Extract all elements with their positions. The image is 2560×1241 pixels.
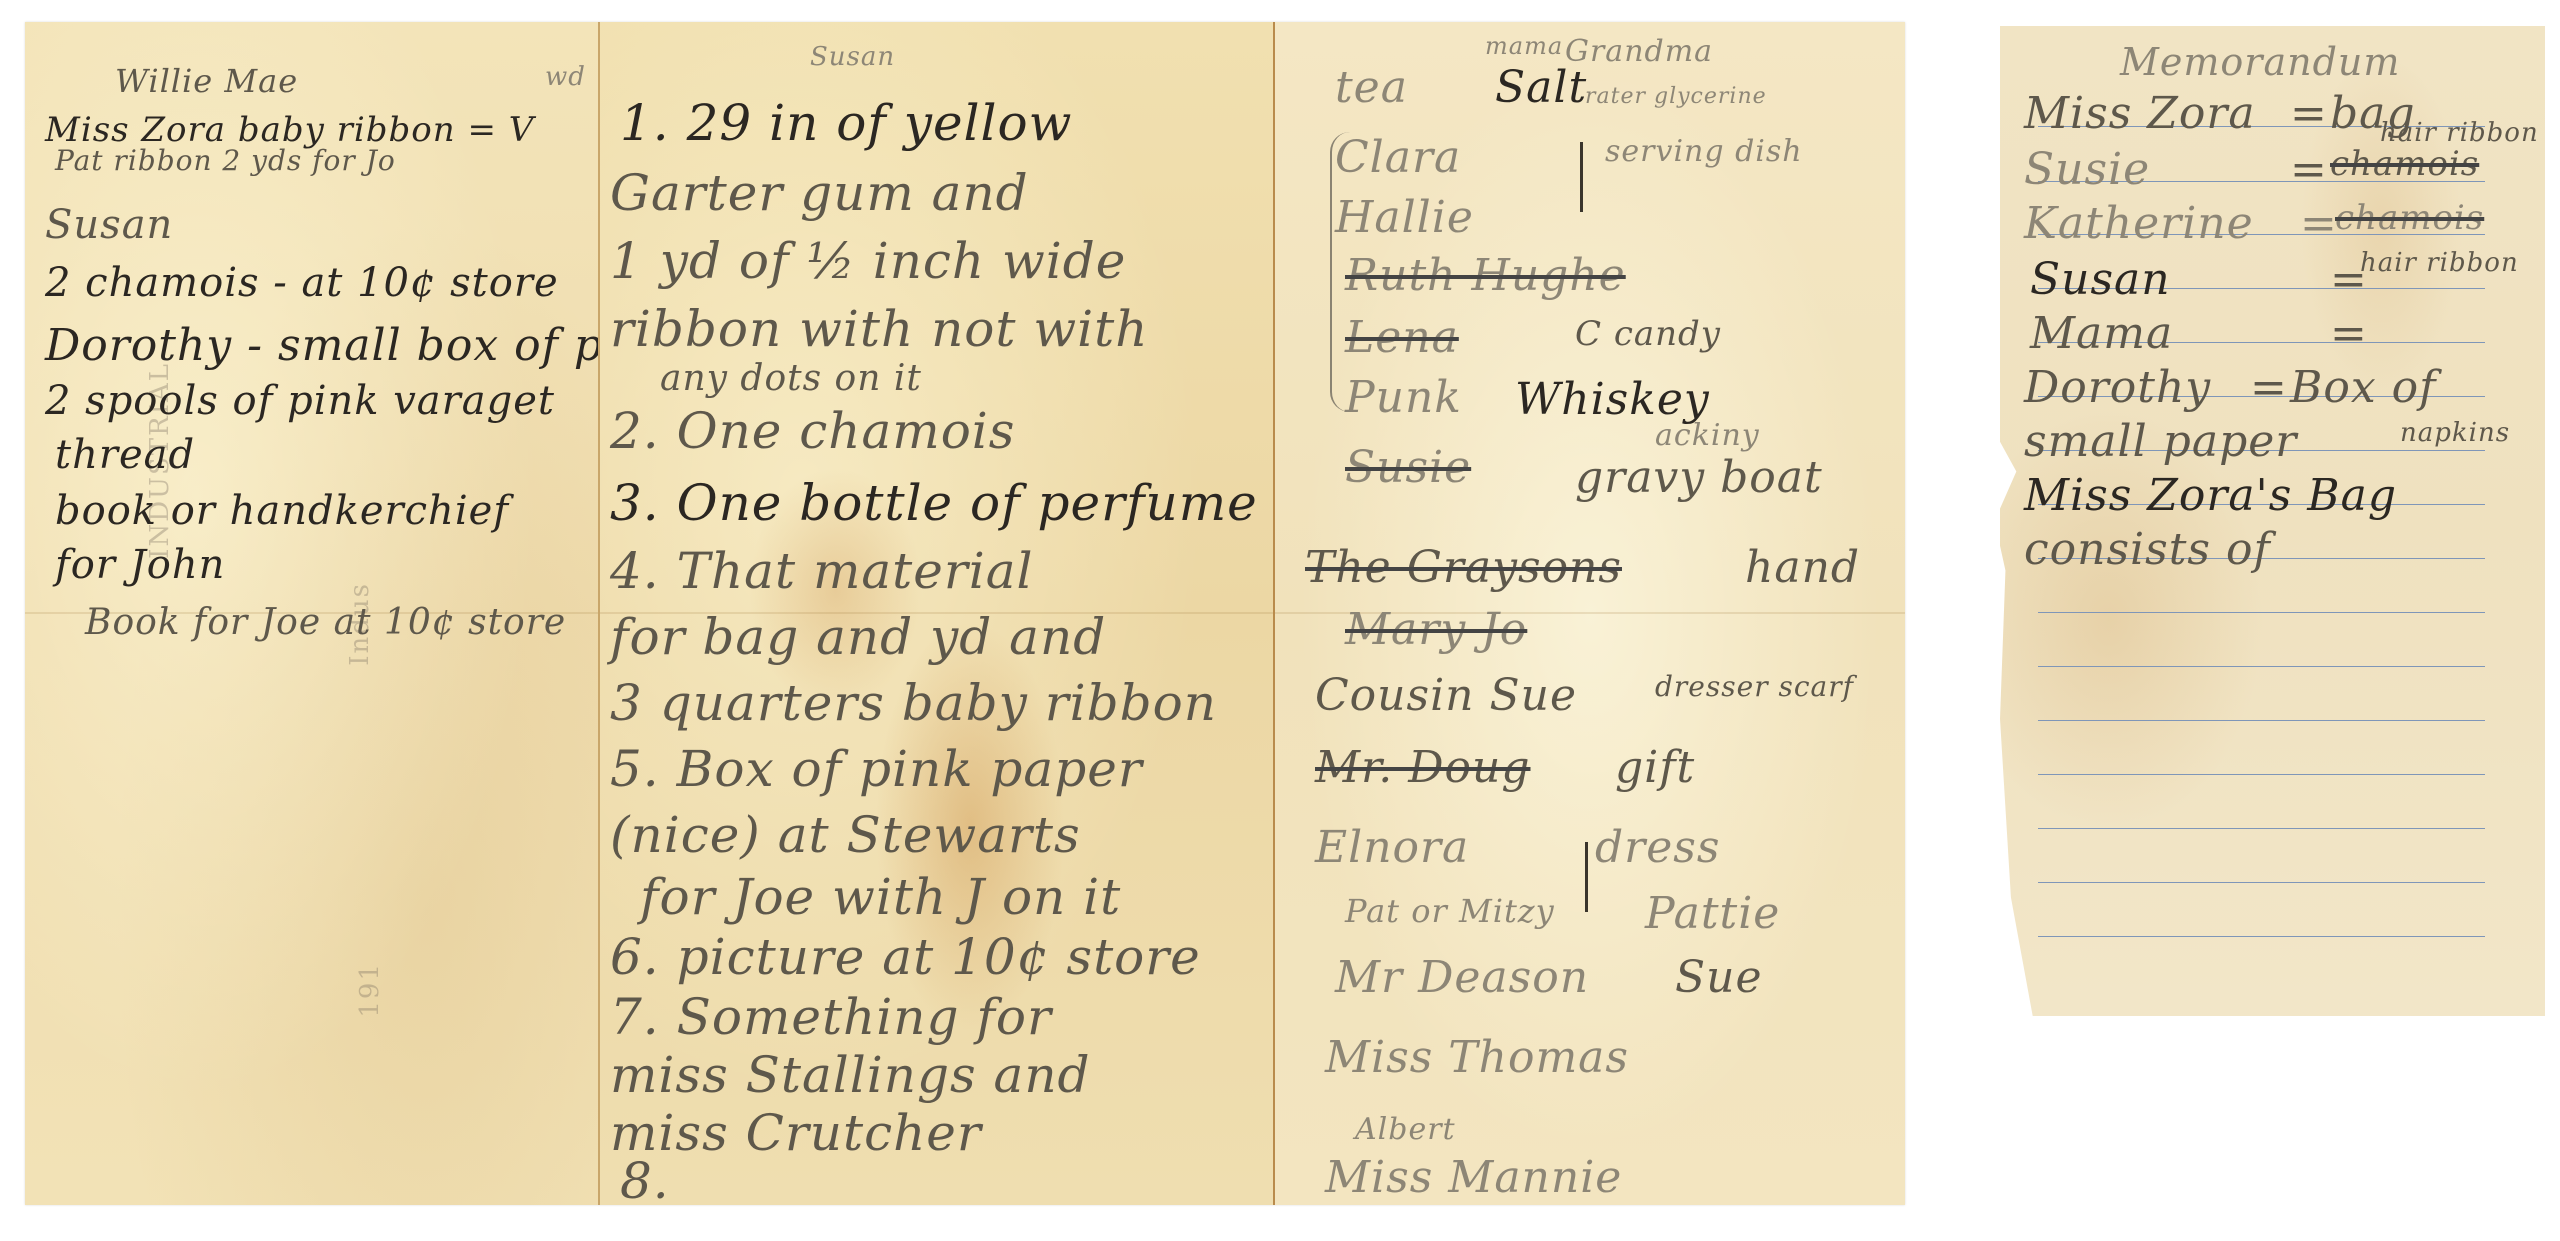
- list-line: Book for Joe at 10¢ store: [85, 602, 566, 643]
- corner-note: wd: [545, 62, 586, 92]
- ruled-line: [2038, 666, 2485, 667]
- memo-name: Susan: [2030, 254, 2171, 305]
- list-item: for Joe with J on it: [640, 868, 1121, 926]
- memo-name: Mama: [2030, 308, 2173, 359]
- ruled-line: [2038, 936, 2485, 937]
- name-entry: Mary Jo: [1345, 604, 1527, 655]
- gift-entry: dress: [1595, 822, 1720, 873]
- memo-gift: Box of: [2290, 362, 2436, 413]
- name-entry: The Graysons: [1305, 542, 1622, 593]
- memo-gift: chamois: [2335, 198, 2484, 238]
- memo-sep: =: [2290, 144, 2328, 195]
- list-item: 1. 29 in of yellow: [620, 94, 1072, 152]
- list-item: for bag and yd and: [610, 608, 1106, 666]
- memo-sep: =: [2330, 308, 2368, 359]
- name-entry: Albert: [1355, 1112, 1456, 1147]
- name-entry: Cousin Sue: [1315, 670, 1577, 721]
- divider-mark: [1585, 842, 1588, 912]
- name-entry: Punk: [1345, 372, 1462, 423]
- top-note: Grandma: [1565, 34, 1713, 69]
- memo-name: Susie: [2024, 144, 2150, 195]
- gift-note: ackiny: [1655, 418, 1760, 453]
- list-item: any dots on it: [660, 358, 922, 399]
- list-item: 6. picture at 10¢ store: [610, 928, 1201, 986]
- panel-heading: Susan: [810, 42, 895, 72]
- name-entry: Ruth Hughe: [1345, 250, 1626, 301]
- list-item: 4. That material: [610, 542, 1034, 600]
- top-note: tea: [1335, 62, 1408, 113]
- top-note: Salt: [1495, 62, 1587, 113]
- memo-gift: hair ribbon: [2360, 248, 2519, 278]
- folded-list-sheet: INDUSTRIAL Indus 191 Willie Mae wd Miss …: [25, 22, 1905, 1205]
- list-line: Pat ribbon 2 yds for Jo: [55, 144, 396, 177]
- list-line: Dorothy - small box of paper: [45, 320, 600, 371]
- ruled-line: [2038, 882, 2485, 883]
- name-entry: Clara: [1335, 132, 1461, 183]
- memo-sep: =: [2300, 198, 2338, 249]
- gift-entry: gravy boat: [1575, 452, 1823, 503]
- name-entry: Miss Thomas: [1325, 1032, 1629, 1083]
- name-entry: Lena: [1345, 312, 1459, 363]
- name-entry: Pat or Mitzy: [1345, 892, 1555, 930]
- panel-willie-mae: INDUSTRIAL Indus 191 Willie Mae wd Miss …: [25, 22, 600, 1205]
- ruled-line: [2038, 828, 2485, 829]
- memo-heading: Memorandum: [2120, 40, 2400, 84]
- list-line: 2 chamois - at 10¢ store: [45, 260, 559, 306]
- list-item: 8.: [620, 1152, 670, 1205]
- memo-sep: =: [2250, 362, 2288, 413]
- list-line: thread: [55, 432, 195, 478]
- gift-entry: serving dish: [1605, 134, 1803, 169]
- memo-name: Miss Zora's Bag: [2024, 470, 2397, 521]
- top-note: rater glycerine: [1585, 84, 1767, 109]
- gift-entry: gift: [1615, 742, 1695, 793]
- top-note: mama: [1485, 32, 1563, 60]
- list-line: for John: [55, 542, 225, 588]
- memo-note: hair ribbon: [2380, 118, 2539, 148]
- name-entry: Hallie: [1335, 192, 1474, 243]
- ruled-line: [2038, 720, 2485, 721]
- list-item: 3 quarters baby ribbon: [610, 674, 1217, 732]
- name-entry: Elnora: [1315, 822, 1469, 873]
- list-line: Susan: [45, 202, 173, 248]
- gift-entry: dresser scarf: [1655, 670, 1854, 703]
- list-item: 1 yd of ½ inch wide: [610, 232, 1126, 290]
- list-line: book or handkerchief: [55, 488, 509, 534]
- gift-entry: Sue: [1675, 952, 1763, 1003]
- list-item: 5. Box of pink paper: [610, 740, 1143, 798]
- bleed-through-text: 191: [355, 962, 385, 1018]
- panel-heading: Willie Mae: [115, 62, 298, 100]
- list-item: ribbon with not with: [610, 300, 1148, 358]
- name-entry: Mr Deason: [1335, 952, 1589, 1003]
- divider-mark: [1580, 142, 1583, 212]
- gift-entry: Pattie: [1645, 888, 1780, 939]
- panel-susan-list: Susan 1. 29 in of yellow Garter gum and …: [600, 22, 1275, 1205]
- memo-name: Dorothy: [2024, 362, 2211, 413]
- list-item: miss Stallings and: [610, 1046, 1091, 1104]
- memo-name: Miss Zora: [2024, 88, 2256, 139]
- memo-name: small paper: [2024, 416, 2297, 467]
- gift-entry: hand: [1745, 542, 1860, 593]
- list-item: Garter gum and: [610, 164, 1029, 222]
- name-entry: Mr. Doug: [1315, 742, 1531, 793]
- memo-sep: =: [2290, 88, 2328, 139]
- memo-name: consists of: [2024, 524, 2271, 575]
- list-item: 7. Something for: [610, 988, 1052, 1046]
- gift-entry: C candy: [1575, 314, 1721, 354]
- panel-gift-names: mama Grandma tea Salt rater glycerine Cl…: [1275, 22, 1905, 1205]
- list-item: 2. One chamois: [610, 402, 1015, 460]
- memo-name: Katherine: [2024, 198, 2254, 249]
- ruled-line: [2038, 774, 2485, 775]
- memorandum-slip: Memorandum Miss Zora = bag Susie = chamo…: [2000, 26, 2545, 1016]
- name-entry: Miss Mannie: [1325, 1152, 1622, 1203]
- name-entry: Susie: [1345, 442, 1471, 493]
- memo-note: napkins: [2400, 418, 2510, 448]
- list-line: 2 spools of pink varaget: [45, 378, 555, 424]
- memo-gift: chamois: [2330, 144, 2479, 184]
- list-item: 3. One bottle of perfume: [610, 474, 1258, 532]
- list-item: (nice) at Stewarts: [610, 806, 1081, 864]
- ruled-line: [2038, 612, 2485, 613]
